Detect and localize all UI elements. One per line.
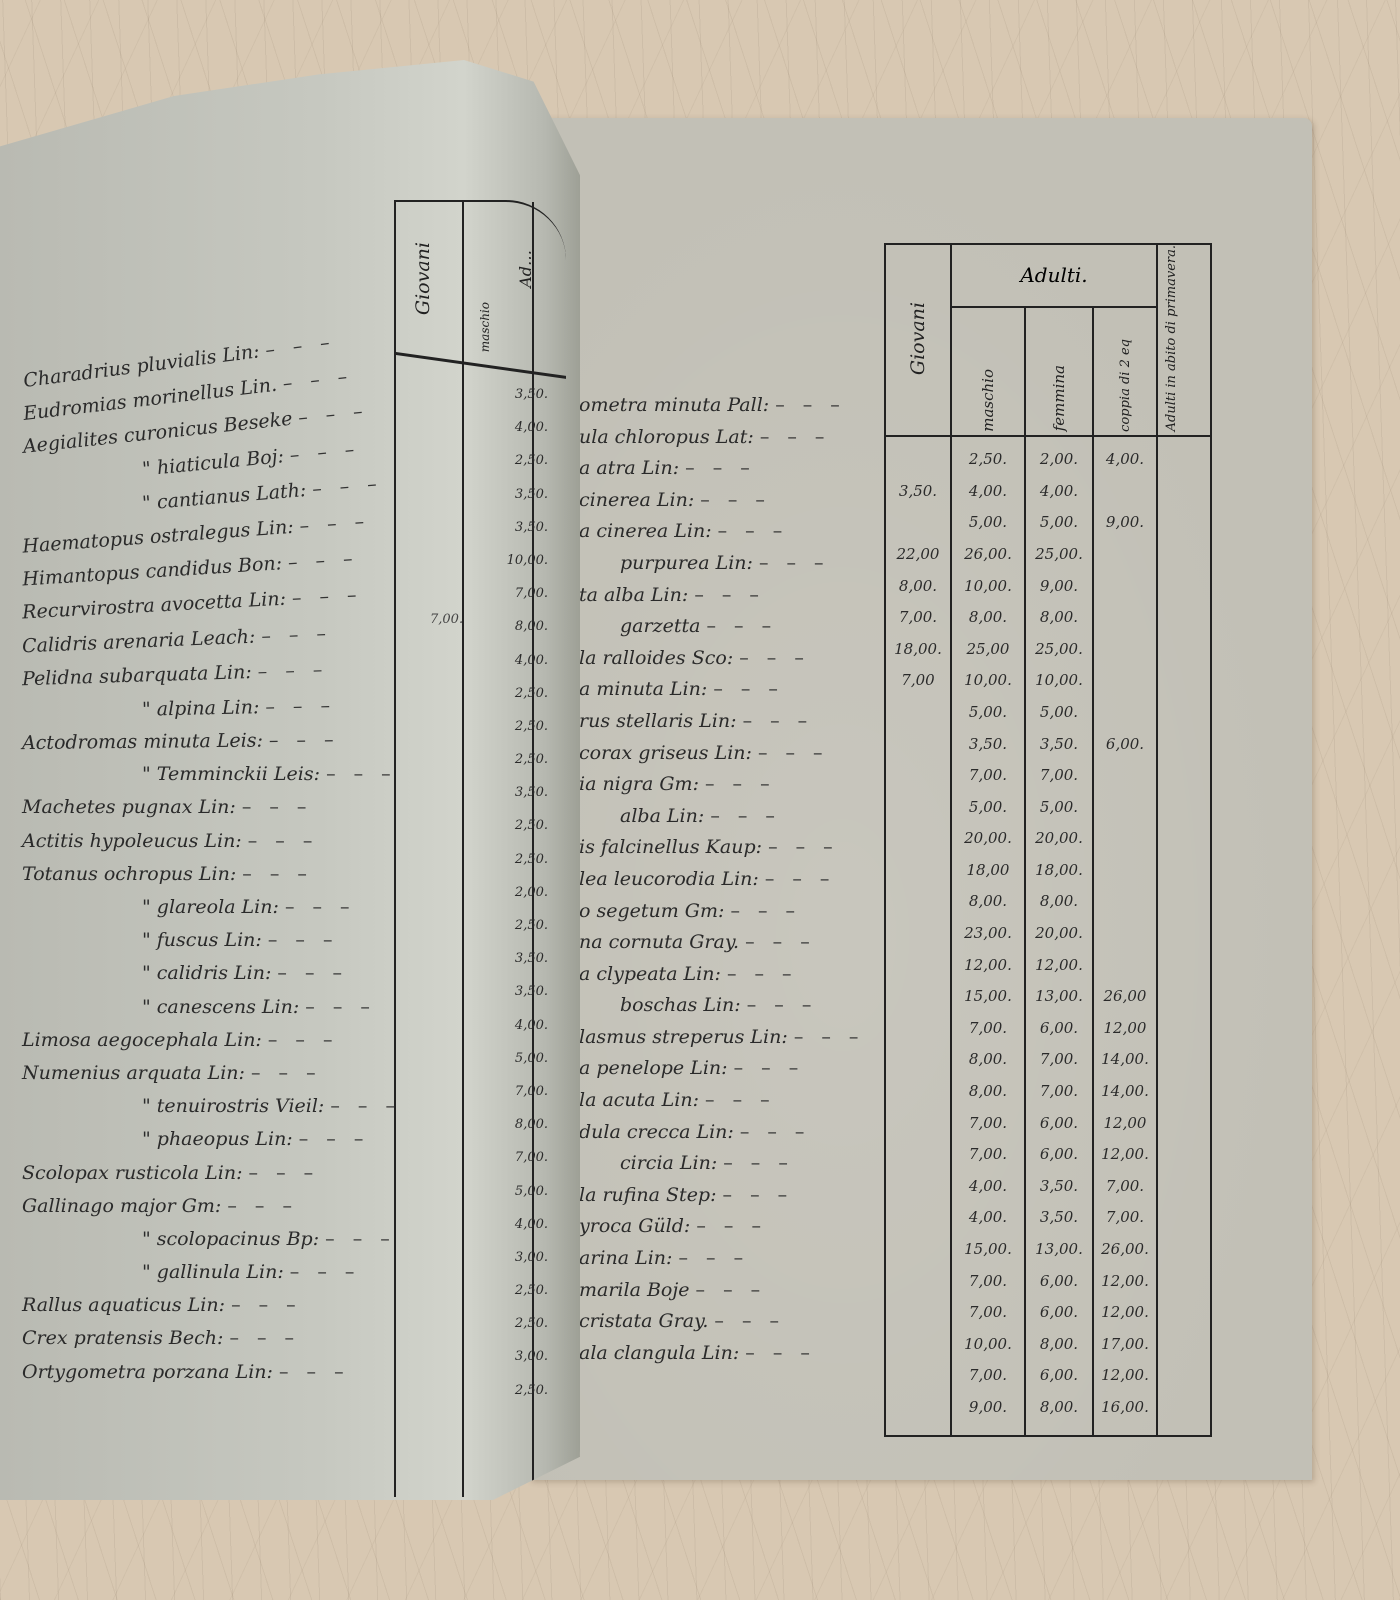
- price-cell-femmina: 6,00.: [1025, 1296, 1093, 1328]
- price-cell-maschio: 3,50.: [951, 728, 1025, 760]
- price-cell-maschio: 2,50.: [951, 436, 1025, 475]
- price-cell-coppia: 12,00.: [1093, 1296, 1157, 1328]
- price-cell-primavera: [1157, 507, 1211, 539]
- species-name: …a penelope Lin:: [560, 1057, 728, 1079]
- price-cell-maschio: 5,00.: [951, 507, 1025, 539]
- leader-dashes: – – –: [700, 489, 771, 511]
- price-cell-primavera: [1157, 475, 1211, 507]
- species-name: alba Lin:: [620, 805, 704, 827]
- species-row: Actitis hypoleucus Lin: – – –: [22, 825, 422, 858]
- price-cell-primavera: [1157, 886, 1211, 918]
- leader-dashes: – – –: [285, 896, 356, 918]
- table-row: 15,00.13,00.26,00.: [885, 1233, 1211, 1265]
- price-cell-maschio: 2,50.: [488, 909, 548, 942]
- species-row: …la ralloides Sco: – – –: [560, 643, 890, 675]
- price-cell-femmina: 18,00.: [1025, 854, 1093, 886]
- table-row: 18,0018,00.: [885, 854, 1211, 886]
- price-cell-maschio: 10,00.: [951, 570, 1025, 602]
- price-cell-giovani: [885, 980, 951, 1012]
- price-cell-maschio: 20,00.: [951, 822, 1025, 854]
- price-cell-femmina: 10,00.: [1025, 665, 1093, 697]
- price-cell-coppia: [1093, 854, 1157, 886]
- price-cell-giovani: [885, 886, 951, 918]
- leader-dashes: – – –: [743, 710, 814, 732]
- species-name: …dula crecca Lin:: [560, 1121, 734, 1143]
- price-cell-maschio: 25,00: [951, 633, 1025, 665]
- price-cell-coppia: [1093, 759, 1157, 791]
- table-row: 7,00.6,00.12,00.: [885, 1265, 1211, 1297]
- leader-dashes: – – –: [264, 331, 337, 362]
- species-row: garzetta – – –: [560, 611, 890, 643]
- species-name: …la ralloides Sco:: [560, 647, 733, 669]
- price-cell-primavera: [1157, 1265, 1211, 1297]
- price-cell-maschio: 23,00.: [951, 917, 1025, 949]
- price-cell-femmina: 12,00.: [1025, 949, 1093, 981]
- species-name: purpurea Lin:: [620, 552, 753, 574]
- price-cell-giovani: [885, 791, 951, 823]
- species-row: " fuscus Lin: – – –: [22, 924, 422, 957]
- price-cell-primavera: [1157, 1170, 1211, 1202]
- species-row: " phaeopus Lin: – – –: [22, 1123, 422, 1156]
- price-cell-femmina: 13,00.: [1025, 980, 1093, 1012]
- leader-dashes: – – –: [249, 1162, 320, 1184]
- price-cell-femmina: 6,00.: [1025, 1138, 1093, 1170]
- price-cell-maschio: 8,00.: [951, 1075, 1025, 1107]
- price-cell-femmina: 25,00.: [1025, 538, 1093, 570]
- header-adulti-left: Ad…: [516, 250, 535, 292]
- price-cell-maschio: 7,00.: [951, 1360, 1025, 1392]
- price-cell-coppia: [1093, 949, 1157, 981]
- price-cell-femmina: 9,00.: [1025, 570, 1093, 602]
- price-cell-giovani: [885, 1391, 951, 1436]
- price-cell-giovani: [885, 1170, 951, 1202]
- price-cell-coppia: 26,00: [1093, 980, 1157, 1012]
- price-cell-maschio: 12,00.: [951, 949, 1025, 981]
- species-row: " scolopacinus Bp: – – –: [22, 1223, 422, 1256]
- species-name: …na cornuta Gray.: [560, 931, 739, 953]
- table-row: 23,00.20,00.: [885, 917, 1211, 949]
- species-name: …a cinerea Lin:: [560, 520, 712, 542]
- price-cell-maschio: 7,00.: [951, 759, 1025, 791]
- price-cell-maschio: 4,00.: [488, 1009, 548, 1042]
- leader-dashes: – – –: [279, 1361, 350, 1383]
- table-row: 8,00.10,00.9,00.: [885, 570, 1211, 602]
- leader-dashes: – – –: [299, 510, 371, 537]
- price-cell-maschio: 7,00.: [488, 1141, 548, 1174]
- price-cell-primavera: [1157, 1012, 1211, 1044]
- price-cell-giovani: [885, 1233, 951, 1265]
- price-cell-maschio: 10,00.: [951, 665, 1025, 697]
- price-cell-coppia: [1093, 665, 1157, 697]
- leader-dashes: – – –: [277, 962, 348, 984]
- header-giovani: Giovani: [885, 244, 951, 436]
- leader-dashes: – – –: [299, 1128, 370, 1150]
- species-row: …la acuta Lin: – – –: [560, 1085, 890, 1117]
- price-cell-coppia: 14,00.: [1093, 1075, 1157, 1107]
- price-cell-giovani: [885, 1075, 951, 1107]
- table-row: 20,00.20,00.: [885, 822, 1211, 854]
- price-cell-coppia: 9,00.: [1093, 507, 1157, 539]
- table-row: 22,0026,00.25,00.: [885, 538, 1211, 570]
- price-cell-primavera: [1157, 436, 1211, 475]
- species-name: boschas Lin:: [620, 994, 741, 1016]
- species-name: " phaeopus Lin:: [142, 1128, 293, 1150]
- price-cell-primavera: [1157, 980, 1211, 1012]
- price-cell-coppia: 12,00: [1093, 1012, 1157, 1044]
- leader-dashes: – – –: [257, 658, 328, 682]
- price-cell-maschio: 4,00.: [488, 644, 548, 677]
- species-row: …a penelope Lin: – – –: [560, 1053, 890, 1085]
- species-name: …cristata Gray.: [560, 1310, 708, 1332]
- leader-dashes: – – –: [718, 520, 789, 542]
- price-cell-primavera: [1157, 728, 1211, 760]
- price-cell-coppia: [1093, 791, 1157, 823]
- left-page: Giovani Ad… maschio 7,00. Charadrius plu…: [0, 60, 580, 1500]
- leader-dashes: – – –: [326, 763, 397, 785]
- species-name: Scolopax rusticola Lin:: [22, 1162, 243, 1184]
- price-cell-coppia: [1093, 696, 1157, 728]
- table-row: 10,00.8,00.17,00.: [885, 1328, 1211, 1360]
- price-cell-maschio: 7,00.: [951, 1012, 1025, 1044]
- species-row: …yroca Güld: – – –: [560, 1211, 890, 1243]
- species-row: Limosa aegocephala Lin: – – –: [22, 1024, 422, 1057]
- price-cell-maschio: 4,00.: [951, 475, 1025, 507]
- price-cell-giovani: [885, 436, 951, 475]
- species-name: Actitis hypoleucus Lin:: [22, 830, 242, 852]
- species-name: …ia nigra Gm:: [560, 773, 699, 795]
- header-giovani-left: Giovani: [412, 242, 434, 319]
- leader-dashes: – – –: [282, 365, 355, 395]
- species-name: Numenius arquata Lin:: [22, 1062, 245, 1084]
- table-row: 7,00.6,00.12,00: [885, 1107, 1211, 1139]
- price-cell-giovani: [885, 1328, 951, 1360]
- leader-dashes: – – –: [242, 796, 313, 818]
- species-row: …dula crecca Lin: – – –: [560, 1117, 890, 1149]
- price-cell-femmina: 8,00.: [1025, 1391, 1093, 1436]
- species-name: …lea leucorodia Lin:: [560, 868, 759, 890]
- species-row: …o segetum Gm: – – –: [560, 896, 890, 928]
- species-row: …arina Lin: – – –: [560, 1243, 890, 1275]
- price-cell-femmina: 8,00.: [1025, 1328, 1093, 1360]
- price-cell-femmina: 6,00.: [1025, 1360, 1093, 1392]
- price-cell-maschio: 2,50.: [488, 1374, 548, 1407]
- leader-dashes: – – –: [269, 729, 340, 752]
- price-cell-giovani: [885, 507, 951, 539]
- price-cell-primavera: [1157, 854, 1211, 886]
- price-cell-primavera: [1157, 1075, 1211, 1107]
- price-cell-femmina: 3,50.: [1025, 728, 1093, 760]
- leader-dashes: – – –: [740, 1121, 811, 1143]
- species-name: " glareola Lin:: [142, 896, 279, 918]
- table-row: 3,50.4,00.4,00.: [885, 475, 1211, 507]
- price-cell-maschio: 9,00.: [951, 1391, 1025, 1436]
- leader-dashes: – – –: [242, 863, 313, 885]
- price-cell-giovani: 7,00.: [885, 601, 951, 633]
- species-name: …la rufina Step:: [560, 1184, 717, 1206]
- table-row: 7,00.6,00.12,00.: [885, 1360, 1211, 1392]
- species-row: Gallinago major Gm: – – –: [22, 1190, 422, 1223]
- species-row: Scolopax rusticola Lin: – – –: [22, 1157, 422, 1190]
- price-cell-giovani: [885, 1202, 951, 1234]
- leader-dashes: – – –: [758, 742, 829, 764]
- species-list-right: …ometra minuta Pall: – – –…ula chloropus…: [560, 390, 890, 1369]
- species-row: alba Lin: – – –: [560, 801, 890, 833]
- price-cell-giovani: 22,00: [885, 538, 951, 570]
- price-cell-maschio: 7,00.: [951, 1265, 1025, 1297]
- price-cell-maschio: 2,50.: [488, 677, 548, 710]
- price-cell-primavera: [1157, 570, 1211, 602]
- species-name: …a minuta Lin:: [560, 678, 707, 700]
- leader-dashes: – – –: [713, 678, 784, 700]
- species-name: …lasmus streperus Lin:: [560, 1026, 788, 1048]
- price-cell-coppia: [1093, 822, 1157, 854]
- price-cell-maschio: 2,50.: [488, 743, 548, 776]
- species-name: circia Lin:: [620, 1152, 717, 1174]
- price-cell-primavera: [1157, 1233, 1211, 1265]
- species-row: boschas Lin: – – –: [560, 990, 890, 1022]
- price-cell-giovani: [885, 1360, 951, 1392]
- species-name: …a clypeata Lin:: [560, 963, 721, 985]
- price-cell-maschio: 5,00.: [951, 696, 1025, 728]
- price-cell-femmina: 3,50.: [1025, 1170, 1093, 1202]
- leader-dashes: – – –: [727, 963, 798, 985]
- price-cell-maschio: 2,50.: [488, 710, 548, 743]
- species-row: …is falcinellus Kaup: – – –: [560, 832, 890, 864]
- price-cell-maschio: 8,00.: [488, 1108, 548, 1141]
- species-row: …ala clangula Lin: – – –: [560, 1338, 890, 1370]
- leader-dashes: – – –: [723, 1152, 794, 1174]
- price-cell-femmina: 6,00.: [1025, 1012, 1093, 1044]
- leader-dashes: – – –: [760, 426, 831, 448]
- leader-dashes: – – –: [248, 830, 319, 852]
- price-cell-primavera: [1157, 1360, 1211, 1392]
- price-cell-coppia: [1093, 917, 1157, 949]
- price-cell-maschio: 15,00.: [951, 1233, 1025, 1265]
- price-cell-femmina: 6,00.: [1025, 1265, 1093, 1297]
- leader-dashes: – – –: [696, 1279, 767, 1301]
- price-cell-maschio: 2,00.: [488, 876, 548, 909]
- species-row: …ta alba Lin: – – –: [560, 580, 890, 612]
- price-cell-coppia: [1093, 475, 1157, 507]
- species-row: …cristata Gray. – – –: [560, 1306, 890, 1338]
- header-maschio-left: maschio: [478, 302, 492, 356]
- price-cell-giovani: [885, 854, 951, 886]
- table-row: 15,00.13,00.26,00: [885, 980, 1211, 1012]
- price-cell-coppia: 14,00.: [1093, 1044, 1157, 1076]
- species-row: Machetes pugnax Lin: – – –: [22, 791, 422, 824]
- header-maschio: maschio: [951, 307, 1025, 436]
- price-cell-coppia: 12,00: [1093, 1107, 1157, 1139]
- leader-dashes: – – –: [747, 994, 818, 1016]
- price-cell-maschio: 4,00.: [951, 1202, 1025, 1234]
- species-name: Gallinago major Gm:: [22, 1195, 221, 1217]
- table-row: 7,00.6,00.12,00.: [885, 1296, 1211, 1328]
- species-name: Ortygometra porzana Lin:: [22, 1361, 273, 1383]
- species-name: Actodromas minuta Leis:: [22, 730, 263, 755]
- table-row: 5,00.5,00.: [885, 696, 1211, 728]
- leader-dashes: – – –: [705, 1089, 776, 1111]
- price-cell-primavera: [1157, 1202, 1211, 1234]
- leader-dashes: – – –: [291, 584, 363, 610]
- table-row: 18,00.25,0025,00.: [885, 633, 1211, 665]
- price-cell-giovani: [885, 822, 951, 854]
- price-cell-femmina: 13,00.: [1025, 1233, 1093, 1265]
- species-name: " canescens Lin:: [142, 996, 299, 1018]
- leader-dashes: – – –: [759, 552, 830, 574]
- price-cell-giovani: [885, 759, 951, 791]
- price-cell-coppia: 17,00.: [1093, 1328, 1157, 1360]
- right-page: …ometra minuta Pall: – – –…ula chloropus…: [530, 118, 1312, 1480]
- price-cell-maschio: 18,00: [951, 854, 1025, 886]
- table-row: 4,00.3,50.7,00.: [885, 1202, 1211, 1234]
- table-row: 7,0010,00.10,00.: [885, 665, 1211, 697]
- leader-dashes: – – –: [325, 1228, 396, 1250]
- leader-dashes: – – –: [305, 996, 376, 1018]
- price-cell-femmina: 20,00.: [1025, 917, 1093, 949]
- price-cell-primavera: [1157, 601, 1211, 633]
- price-cell-femmina: 7,00.: [1025, 1044, 1093, 1076]
- table-row: 7,00.6,00.12,00: [885, 1012, 1211, 1044]
- leader-dashes: – – –: [734, 1057, 805, 1079]
- price-cell-giovani: [885, 1296, 951, 1328]
- price-cell-femmina: 20,00.: [1025, 822, 1093, 854]
- species-name: …ula chloropus Lat:: [560, 426, 754, 448]
- species-name: " tenuirostris Vieil:: [142, 1095, 324, 1117]
- species-row: …ula chloropus Lat: – – –: [560, 422, 890, 454]
- price-cell-primavera: [1157, 791, 1211, 823]
- leader-dashes: – – –: [730, 900, 801, 922]
- maschio-prices-left: 3,50.4,00.2,50.3,50.3,50.10,00.7,00.8,00…: [488, 378, 548, 1407]
- table-row: 8,00.7,00.14,00.: [885, 1075, 1211, 1107]
- species-row: …la rufina Step: – – –: [560, 1180, 890, 1212]
- leader-dashes: – – –: [696, 1215, 767, 1237]
- species-name: …ometra minuta Pall:: [560, 394, 769, 416]
- leader-dashes: – – –: [705, 773, 776, 795]
- giovani-value-left: 7,00.: [430, 612, 463, 627]
- species-row: …corax griseus Lin: – – –: [560, 738, 890, 770]
- leader-dashes: – – –: [714, 1310, 785, 1332]
- table-row: 5,00.5,00.9,00.: [885, 507, 1211, 539]
- table-row: 5,00.5,00.: [885, 791, 1211, 823]
- price-cell-coppia: [1093, 633, 1157, 665]
- leader-dashes: – – –: [706, 615, 777, 637]
- price-cell-coppia: 12,00.: [1093, 1265, 1157, 1297]
- species-row: " canescens Lin: – – –: [22, 991, 422, 1024]
- table-row: 2,50.2,00.4,00.: [885, 436, 1211, 475]
- leader-dashes: – – –: [765, 868, 836, 890]
- price-cell-maschio: 4,00.: [951, 1170, 1025, 1202]
- price-cell-primavera: [1157, 1044, 1211, 1076]
- price-cell-coppia: 7,00.: [1093, 1202, 1157, 1234]
- price-cell-maschio: 10,00.: [951, 1328, 1025, 1360]
- species-row: Actodromas minuta Leis: – – –: [22, 723, 422, 760]
- leader-dashes: – – –: [794, 1026, 865, 1048]
- price-cell-giovani: [885, 1107, 951, 1139]
- price-cell-maschio: 7,00.: [488, 577, 548, 610]
- species-name: Limosa aegocephala Lin:: [22, 1029, 262, 1051]
- price-cell-maschio: 7,00.: [951, 1296, 1025, 1328]
- leader-dashes: – – –: [268, 929, 339, 951]
- leader-dashes: – – –: [261, 622, 332, 647]
- species-row: circia Lin: – – –: [560, 1148, 890, 1180]
- price-cell-giovani: [885, 1138, 951, 1170]
- species-name: " gallinula Lin:: [142, 1261, 284, 1283]
- price-cell-femmina: 2,00.: [1025, 436, 1093, 475]
- price-cell-coppia: 26,00.: [1093, 1233, 1157, 1265]
- price-cell-maschio: 5,00.: [488, 1042, 548, 1075]
- price-cell-femmina: 7,00.: [1025, 759, 1093, 791]
- species-name: " hiaticula Boj:: [141, 445, 285, 480]
- header-femmina: femmina: [1025, 307, 1093, 436]
- species-name: " fuscus Lin:: [142, 929, 262, 951]
- species-row: " calidris Lin: – – –: [22, 957, 422, 990]
- price-cell-maschio: 3,50.: [488, 478, 548, 511]
- species-name: Rallus aquaticus Lin:: [22, 1294, 225, 1316]
- price-cell-maschio: 8,00.: [951, 886, 1025, 918]
- header-coppia: coppia di 2 eq: [1093, 307, 1157, 436]
- header-primavera: Adulti in abito di primavera.: [1157, 244, 1211, 436]
- price-cell-giovani: [885, 1012, 951, 1044]
- price-cell-coppia: [1093, 570, 1157, 602]
- species-name: …rus stellaris Lin:: [560, 710, 737, 732]
- species-name: …la acuta Lin:: [560, 1089, 699, 1111]
- species-row: …rus stellaris Lin: – – –: [560, 706, 890, 738]
- leader-dashes: – – –: [745, 1342, 816, 1364]
- price-cell-coppia: 6,00.: [1093, 728, 1157, 760]
- leader-dashes: – – –: [694, 584, 765, 606]
- leader-dashes: – – –: [265, 694, 336, 717]
- table-row: 9,00.8,00.16,00.: [885, 1391, 1211, 1436]
- species-list-left: Charadrius pluvialis Lin: – – –Eudromias…: [22, 360, 422, 1389]
- species-row: Ortygometra porzana Lin: – – –: [22, 1356, 422, 1389]
- price-cell-giovani: [885, 917, 951, 949]
- price-cell-maschio: 5,00.: [488, 1175, 548, 1208]
- species-row: …ometra minuta Pall: – – –: [560, 390, 890, 422]
- header-adulti: Adulti.: [951, 244, 1157, 307]
- price-cell-primavera: [1157, 665, 1211, 697]
- species-row: …lea leucorodia Lin: – – –: [560, 864, 890, 896]
- species-row: …a atra Lin: – – –: [560, 453, 890, 485]
- species-name: Machetes pugnax Lin:: [22, 796, 236, 818]
- leader-dashes: – – –: [745, 931, 816, 953]
- price-cell-femmina: 4,00.: [1025, 475, 1093, 507]
- species-row: …lasmus streperus Lin: – – –: [560, 1022, 890, 1054]
- price-cell-maschio: 2,50.: [488, 444, 548, 477]
- species-name: garzetta: [620, 615, 700, 637]
- leader-dashes: – – –: [227, 1195, 298, 1217]
- species-row: …na cornuta Gray. – – –: [560, 927, 890, 959]
- price-cell-primavera: [1157, 822, 1211, 854]
- price-cell-primavera: [1157, 917, 1211, 949]
- leader-dashes: – – –: [330, 1095, 401, 1117]
- price-cell-primavera: [1157, 949, 1211, 981]
- price-cell-coppia: [1093, 601, 1157, 633]
- species-name: Recurvirostra avocetta Lin:: [22, 588, 287, 624]
- price-cell-maschio: 7,00.: [488, 1075, 548, 1108]
- price-cell-coppia: 16,00.: [1093, 1391, 1157, 1436]
- species-row: …marila Boje – – –: [560, 1275, 890, 1307]
- price-cell-maschio: 5,00.: [951, 791, 1025, 823]
- price-cell-maschio: 3,50.: [488, 975, 548, 1008]
- table-row: 8,00.7,00.14,00.: [885, 1044, 1211, 1076]
- price-cell-primavera: [1157, 1138, 1211, 1170]
- species-name: …o segetum Gm:: [560, 900, 724, 922]
- price-cell-primavera: [1157, 538, 1211, 570]
- price-cell-femmina: 5,00.: [1025, 507, 1093, 539]
- species-row: Rallus aquaticus Lin: – – –: [22, 1289, 422, 1322]
- price-cell-maschio: 2,50.: [488, 843, 548, 876]
- leader-dashes: – – –: [287, 548, 359, 574]
